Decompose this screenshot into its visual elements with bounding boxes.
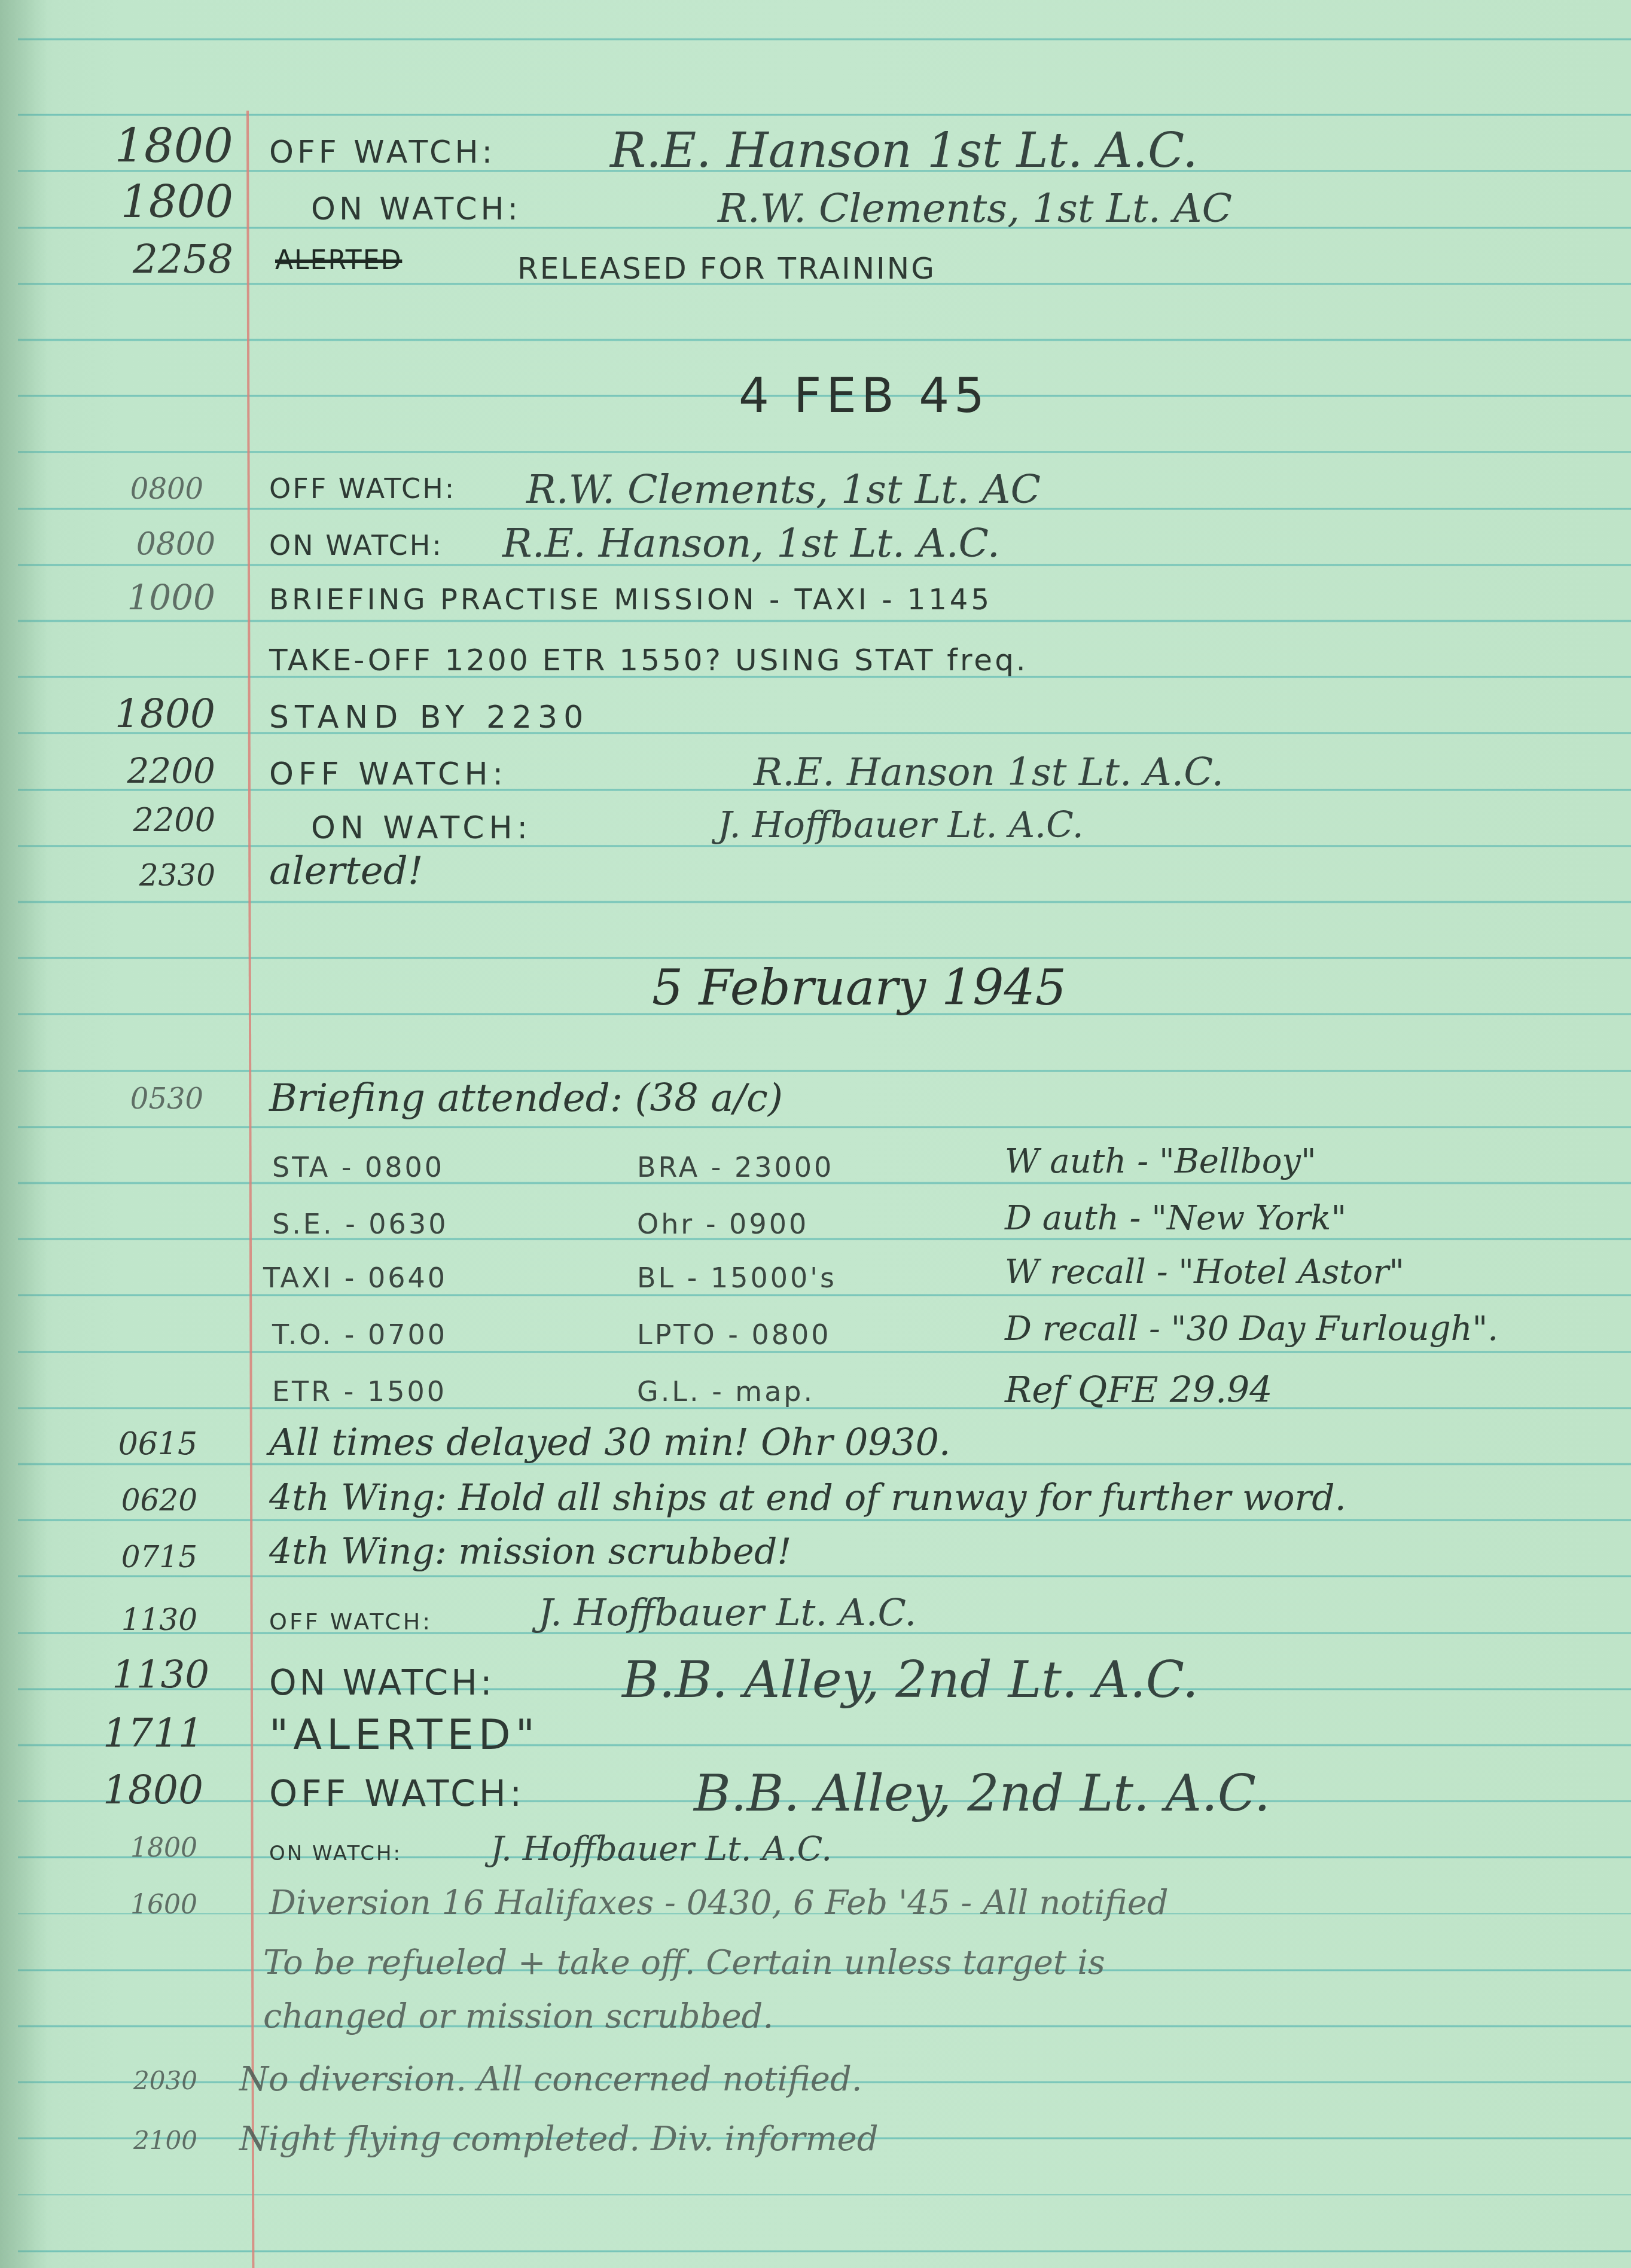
- struck-text: ALERTED: [275, 245, 402, 276]
- entry-time: 0800: [18, 526, 215, 562]
- signature: J. Hoffbauer Lt. A.C.: [538, 1591, 916, 1634]
- entry-time: 0800: [6, 472, 203, 506]
- entry-time: 1130: [0, 1602, 197, 1637]
- entry-text: RELEASED FOR TRAINING: [517, 251, 936, 286]
- briefing-cell: TAXI - 0640: [263, 1262, 447, 1294]
- entry-text: alerted!: [269, 849, 423, 893]
- entry-text: OFF WATCH:: [269, 756, 508, 792]
- entry-text: To be refueled + take off. Certain unles…: [263, 1943, 1105, 1982]
- signature: B.B. Alley, 2nd Lt. A.C.: [622, 1650, 1199, 1709]
- briefing-cell: W auth - "Bellboy": [1005, 1142, 1316, 1181]
- briefing-cell: LPTO - 0800: [637, 1318, 831, 1351]
- entry-time: 2030: [0, 2066, 197, 2095]
- signature: R.W. Clements, 1st Lt. AC: [718, 185, 1232, 231]
- entry-time: 1800: [36, 120, 233, 173]
- signature: R.W. Clements, 1st Lt. AC: [526, 466, 1041, 512]
- entry-text: ON WATCH:: [311, 191, 522, 227]
- entry-text: 4th Wing: Hold all ships at end of runwa…: [269, 1477, 1346, 1519]
- entry-time: 1800: [6, 1767, 203, 1813]
- briefing-cell: D recall - "30 Day Furlough".: [1005, 1309, 1498, 1348]
- signature: R.E. Hanson 1st Lt. A.C.: [754, 750, 1224, 795]
- entry-time: 2200: [18, 801, 215, 839]
- entry-text: ON WATCH:: [269, 1842, 402, 1866]
- date-heading: 5 February 1945: [652, 960, 1066, 1017]
- entry-text: changed or mission scrubbed.: [263, 1997, 773, 2036]
- signature: J. Hoffbauer Lt. A.C.: [718, 804, 1084, 846]
- entry-time: 0615: [0, 1426, 197, 1462]
- entry-time: 0715: [0, 1540, 197, 1574]
- binding-gutter: [0, 0, 48, 2268]
- briefing-cell: ETR - 1500: [272, 1375, 447, 1408]
- entry-time: 0620: [0, 1483, 197, 1518]
- entry-time: 1600: [0, 1890, 197, 1920]
- entry-text: "ALERTED": [269, 1710, 539, 1759]
- signature: J. Hoffbauer Lt. A.C.: [490, 1830, 832, 1869]
- briefing-cell: BL - 15000's: [637, 1262, 837, 1294]
- briefing-cell: D auth - "New York": [1005, 1199, 1346, 1238]
- entry-text: No diversion. All concerned notified.: [239, 2060, 862, 2099]
- entry-text: ON WATCH:: [311, 810, 532, 846]
- entry-time: 1800: [36, 176, 233, 228]
- entry-text: OFF WATCH:: [269, 472, 456, 505]
- entry-text: All times delayed 30 min! Ohr 0930.: [269, 1420, 951, 1464]
- entry-time: 1800: [18, 691, 215, 737]
- entry-text: Diversion 16 Halifaxes - 0430, 6 Feb '45…: [269, 1884, 1169, 1922]
- signature: R.E. Hanson, 1st Lt. A.C.: [502, 520, 1000, 566]
- entry-text: OFF WATCH:: [269, 1608, 432, 1635]
- entry-text: OFF WATCH:: [269, 1773, 525, 1815]
- entry-text: BRIEFING PRACTISE MISSION - TAXI - 1145: [269, 583, 992, 616]
- entry-text: TAKE-OFF 1200 ETR 1550? USING STAT freq.: [269, 643, 1028, 677]
- briefing-cell: T.O. - 0700: [272, 1318, 447, 1351]
- signature: R.E. Hanson 1st Lt. A.C.: [610, 123, 1198, 178]
- entry-text: Night flying completed. Div. informed: [239, 2120, 879, 2159]
- entry-text: ON WATCH:: [269, 1662, 495, 1703]
- briefing-cell: S.E. - 0630: [272, 1208, 448, 1240]
- entry-time: 2258: [36, 236, 233, 282]
- entry-time: 2330: [18, 858, 215, 893]
- entry-time: 1130: [12, 1653, 209, 1698]
- entry-text: OFF WATCH:: [269, 135, 496, 170]
- entry-time: 2100: [0, 2126, 197, 2155]
- entry-time: 2200: [18, 750, 215, 791]
- entry-time: 1800: [0, 1833, 197, 1863]
- log-page: 1800 OFF WATCH: R.E. Hanson 1st Lt. A.C.…: [0, 0, 1631, 2268]
- briefing-cell: Ref QFE 29.94: [1005, 1369, 1272, 1411]
- briefing-cell: G.L. - map.: [637, 1375, 815, 1408]
- entry-text: STAND BY 2230: [269, 700, 589, 735]
- briefing-cell: BRA - 23000: [637, 1151, 834, 1183]
- entry-text: 4th Wing: mission scrubbed!: [269, 1531, 791, 1573]
- entry-time: 0530: [6, 1082, 203, 1116]
- briefing-cell: STA - 0800: [272, 1151, 444, 1183]
- ruled-lines: [18, 0, 1631, 2268]
- briefing-text: Briefing attended: (38 a/c): [269, 1076, 783, 1121]
- entry-text: ON WATCH:: [269, 529, 443, 561]
- entry-time: 1000: [18, 577, 215, 618]
- briefing-cell: Ohr - 0900: [637, 1208, 809, 1240]
- entry-time: 1711: [6, 1710, 203, 1756]
- briefing-cell: W recall - "Hotel Astor": [1005, 1253, 1404, 1292]
- date-heading: 4 FEB 45: [739, 368, 989, 423]
- signature: B.B. Alley, 2nd Lt. A.C.: [694, 1764, 1270, 1823]
